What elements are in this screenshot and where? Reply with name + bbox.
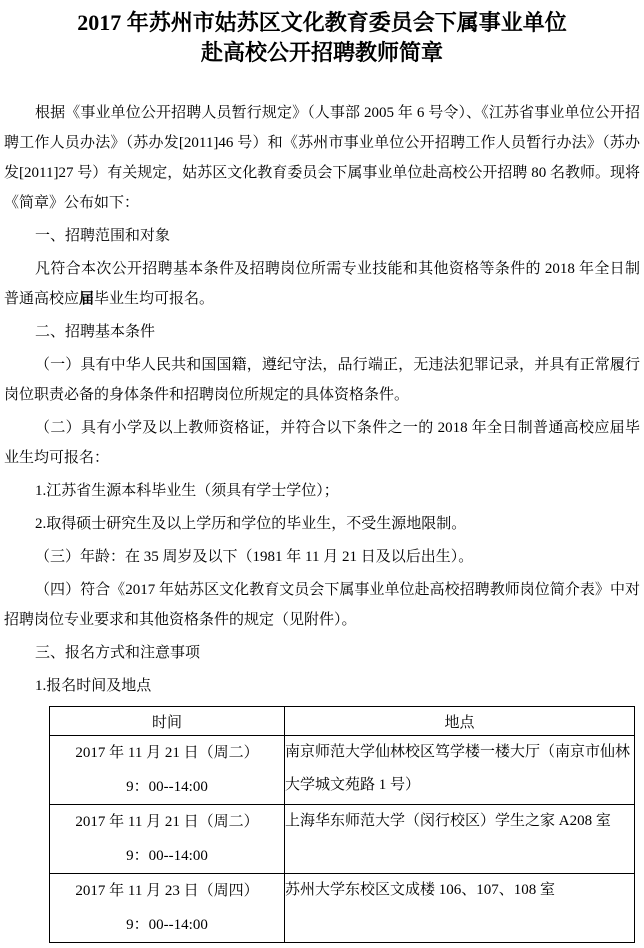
document-title-line2: 赴高校公开招聘教师简章 (4, 38, 640, 68)
schedule-time-cell: 2017 年 11 月 23 日（周四） 9：00--14:00 (50, 874, 285, 943)
schedule-location-cell: 苏州大学东校区文成楼 106、107、108 室 (285, 874, 635, 943)
paragraph-scope-bold-char: 届 (79, 291, 94, 307)
item1-heading: 1.报名时间及地点 (4, 671, 640, 701)
section3-heading: 三、报名方式和注意事项 (4, 638, 640, 668)
paragraph-condition-1: （一）具有中华人民共和国国籍，遵纪守法，品行端正，无违法犯罪记录，并具有正常履行… (4, 350, 640, 410)
document-title: 2017 年苏州市姑苏区文化教育委员会下属事业单位 赴高校公开招聘教师简章 (4, 8, 640, 68)
schedule-header-location: 地点 (285, 707, 635, 736)
paragraph-scope: 凡符合本次公开招聘基本条件及招聘岗位所需专业技能和其他资格等条件的 2018 年… (4, 254, 640, 314)
section2-heading: 二、招聘基本条件 (4, 317, 640, 347)
table-row: 2017 年 11 月 21 日（周二） 9：00--14:00 南京师范大学仙… (50, 736, 635, 805)
schedule-date: 2017 年 11 月 21 日（周二） (50, 736, 284, 770)
paragraph-condition-2-item-2: 2.取得硕士研究生及以上学历和学位的毕业生，不受生源地限制。 (4, 509, 640, 539)
document-page: 2017 年苏州市姑苏区文化教育委员会下属事业单位 赴高校公开招聘教师简章 根据… (0, 0, 644, 943)
table-row: 2017 年 11 月 23 日（周四） 9：00--14:00 苏州大学东校区… (50, 874, 635, 943)
paragraph-condition-2: （二）具有小学及以上教师资格证，并符合以下条件之一的 2018 年全日制普通高校… (4, 413, 640, 473)
document-title-line1: 2017 年苏州市姑苏区文化教育委员会下属事业单位 (4, 8, 640, 38)
table-row: 2017 年 11 月 21 日（周二） 9：00--14:00 上海华东师范大… (50, 805, 635, 874)
schedule-header-time: 时间 (50, 707, 285, 736)
schedule-location-cell: 上海华东师范大学（闵行校区）学生之家 A208 室 (285, 805, 635, 874)
paragraph-condition-3: （三）年龄：在 35 周岁及以下（1981 年 11 月 21 日及以后出生）。 (4, 542, 640, 572)
schedule-table-header-row: 时间 地点 (50, 707, 635, 736)
schedule-time-cell: 2017 年 11 月 21 日（周二） 9：00--14:00 (50, 736, 285, 805)
paragraph-condition-4: （四）符合《2017 年姑苏区文化教育文员会下属事业单位赴高校招聘教师岗位简介表… (4, 575, 640, 635)
schedule-location-cell: 南京师范大学仙林校区笃学楼一楼大厅（南京市仙林大学城文苑路 1 号） (285, 736, 635, 805)
schedule-hours: 9：00--14:00 (50, 770, 284, 804)
section1-heading: 一、招聘范围和对象 (4, 221, 640, 251)
schedule-table: 时间 地点 2017 年 11 月 21 日（周二） 9：00--14:00 南… (49, 706, 635, 943)
paragraph-scope-text-after: 毕业生均可报名。 (94, 291, 214, 307)
schedule-time-cell: 2017 年 11 月 21 日（周二） 9：00--14:00 (50, 805, 285, 874)
schedule-date: 2017 年 11 月 23 日（周四） (50, 874, 284, 908)
paragraph-condition-2-item-1: 1.江苏省生源本科毕业生（须具有学士学位）； (4, 476, 640, 506)
schedule-date: 2017 年 11 月 21 日（周二） (50, 805, 284, 839)
schedule-hours: 9：00--14:00 (50, 908, 284, 942)
schedule-hours: 9：00--14:00 (50, 839, 284, 873)
paragraph-intro: 根据《事业单位公开招聘人员暂行规定》（人事部 2005 年 6 号令）、《江苏省… (4, 98, 640, 218)
